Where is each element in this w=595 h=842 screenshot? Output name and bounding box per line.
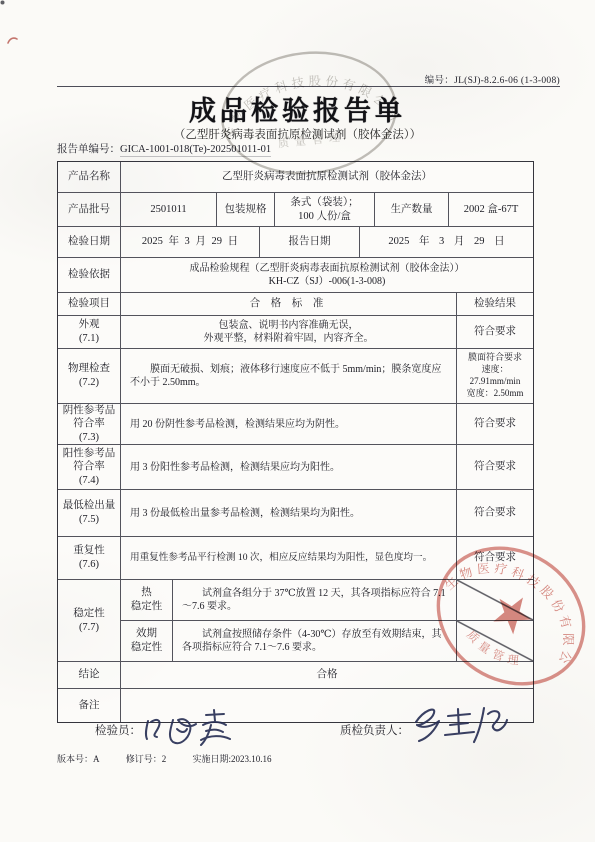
report-date-value: 2025 年 3 月 29 日: [359, 227, 533, 257]
item-standard: 膜面无破损、划痕；液体移行速度应不低于 5mm/min；膜条宽度应不小于 2.5…: [120, 349, 456, 403]
sub-item-result-crossed: [456, 621, 533, 661]
basis-label: 检验依据: [58, 258, 120, 292]
qc-manager-signature: [408, 700, 512, 756]
stability-heat-row: 热 稳定性 试剂盒各组分于 37℃放置 12 天，其各项指标应符合 7.1～7.…: [120, 580, 533, 620]
header-rule: [57, 86, 560, 87]
version-no: 版本号：A: [57, 754, 100, 764]
inspection-table: 产品名称 乙型肝炎病毒表面抗原检测试剂（胶体金法） 产品批号 2501011 包…: [57, 161, 534, 723]
table-row-negative-ref: 阴性参考品 符合率 (7.3) 用 20 份阴性参考品检测，检测结果应均为阴性。…: [58, 403, 533, 444]
pack-spec-label: 包装规格: [216, 193, 274, 226]
red-pen-mark-icon: [6, 34, 20, 48]
col-header-standard: 合 格 标 准: [120, 293, 456, 315]
col-header-item: 检验项目: [58, 293, 120, 315]
item-standard: 用 20 份阴性参考品检测，检测结果应均为阴性。: [120, 404, 456, 444]
document-number-label: 编号：: [425, 76, 454, 86]
remark-label: 备注: [58, 689, 120, 722]
table-row: 产品名称 乙型肝炎病毒表面抗原检测试剂（胶体金法）: [58, 162, 533, 192]
item-name: 稳定性 (7.7): [58, 580, 120, 661]
item-result: 符合要求: [456, 537, 533, 579]
batch-value: 2501011: [120, 193, 216, 226]
item-result: 符合要求: [456, 490, 533, 536]
report-number-value: GICA-1001-018(Te)-202501011-01: [120, 144, 271, 157]
conclusion-value: 合格: [120, 662, 533, 688]
version-line: 版本号：A 修订号：2 实施日期:2023.10.16: [57, 752, 296, 765]
document-number: 编号：JL(SJ)-8.2.6-06 (1-3-008): [425, 72, 560, 86]
table-row-repeatability: 重复性 (7.6) 用重复性参考品平行检测 10 次，相应反应结果均为阳性，显色…: [58, 536, 533, 579]
item-name: 最低检出量 (7.5): [58, 490, 120, 536]
report-number: 报告单编号：GICA-1001-018(Te)-202501011-01: [57, 141, 271, 156]
report-number-label: 报告单编号：: [57, 144, 120, 155]
quantity-label: 生产数量: [374, 193, 448, 226]
table-row: 产品批号 2501011 包装规格 条式（袋装）； 100 人份/盒 生产数量 …: [58, 192, 533, 226]
pack-spec-value: 条式（袋装）； 100 人份/盒: [274, 193, 374, 226]
item-result: 符合要求: [456, 445, 533, 489]
document-number-value: JL(SJ)-8.2.6-06 (1-3-008): [454, 76, 560, 86]
conclusion-label: 结论: [58, 662, 120, 688]
table-row-stability: 稳定性 (7.7) 热 稳定性 试剂盒各组分于 37℃放置 12 天，其各项指标…: [58, 579, 533, 661]
sub-item-name: 热 稳定性: [120, 580, 172, 620]
product-name-label: 产品名称: [58, 162, 120, 192]
stability-subrows: 热 稳定性 试剂盒各组分于 37℃放置 12 天，其各项指标应符合 7.1～7.…: [120, 580, 533, 661]
table-row-conclusion: 结论 合格: [58, 661, 533, 688]
revision-no: 修订号：2: [126, 754, 167, 764]
table-row-physical: 物理检查 (7.2) 膜面无破损、划痕；液体移行速度应不低于 5mm/min；膜…: [58, 348, 533, 403]
page-subtitle: （乙型肝炎病毒表面抗原检测试剂（胶体金法））: [0, 126, 595, 142]
sub-item-standard: 试剂盒各组分于 37℃放置 12 天，其各项指标应符合 7.1～7.6 要求。: [172, 580, 456, 620]
item-name: 阴性参考品 符合率 (7.3): [58, 404, 120, 444]
implementation-date: 实施日期:2023.10.16: [193, 754, 272, 764]
qc-manager-label: 质检负责人：: [340, 722, 409, 738]
table-row-lod: 最低检出量 (7.5) 用 3 份最低检出量参考品检测，检测结果均为阳性。 符合…: [58, 489, 533, 536]
test-date-value: 2025 年 3 月 29 日: [120, 227, 259, 257]
item-result: 符合要求: [456, 316, 533, 348]
item-standard: 用 3 份阳性参考品检测，检测结果应均为阳性。: [120, 445, 456, 489]
item-name: 重复性 (7.6): [58, 537, 120, 579]
item-name: 物理检查 (7.2): [58, 349, 120, 403]
inspector-signature: [140, 705, 252, 753]
sub-item-result-crossed: [456, 580, 533, 620]
table-row-positive-ref: 阳性参考品 符合率 (7.4) 用 3 份阳性参考品检测，检测结果应均为阳性。 …: [58, 444, 533, 489]
item-name: 外观 (7.1): [58, 316, 120, 348]
scanned-report-page: 编号：JL(SJ)-8.2.6-06 (1-3-008) 成品检验报告单 （乙型…: [0, 0, 595, 842]
item-standard: 用 3 份最低检出量参考品检测，检测结果均为阳性。: [120, 490, 456, 536]
stability-expiry-row: 效期 稳定性 试剂盒按照储存条件（4-30℃）存放至有效期结束，其各项指标应符合…: [120, 620, 533, 661]
table-row: 检验依据 成品检验规程（乙型肝炎病毒表面抗原检测试剂（胶体金法）） KH-CZ（…: [58, 257, 533, 292]
scan-corner-speck-icon: [0, 0, 8, 8]
test-date-label: 检验日期: [58, 227, 120, 257]
item-result: 膜面符合要求 速度： 27.91mm/min 宽度：2.50mm: [456, 349, 533, 403]
col-header-result: 检验结果: [456, 293, 533, 315]
item-standard: 用重复性参考品平行检测 10 次，相应反应结果均为阳性，显色度均一。: [120, 537, 456, 579]
item-result: 符合要求: [456, 404, 533, 444]
item-name: 阳性参考品 符合率 (7.4): [58, 445, 120, 489]
table-header-row: 检验项目 合 格 标 准 检验结果: [58, 292, 533, 315]
sub-item-standard: 试剂盒按照储存条件（4-30℃）存放至有效期结束，其各项指标应符合 7.1～7.…: [172, 621, 456, 661]
batch-label: 产品批号: [58, 193, 120, 226]
quantity-value: 2002 盒-67T: [448, 193, 533, 226]
table-row-appearance: 外观 (7.1) 包装盒、说明书内容准确无误， 外观平整，材料附着牢固，内容齐全…: [58, 315, 533, 348]
sub-item-name: 效期 稳定性: [120, 621, 172, 661]
basis-value: 成品检验规程（乙型肝炎病毒表面抗原检测试剂（胶体金法）） KH-CZ（SJ）-0…: [120, 258, 533, 292]
product-name-value: 乙型肝炎病毒表面抗原检测试剂（胶体金法）: [120, 162, 533, 192]
table-row: 检验日期 2025 年 3 月 29 日 报告日期 2025 年 3 月 29 …: [58, 226, 533, 257]
inspector-label: 检验员：: [95, 722, 141, 738]
item-standard: 包装盒、说明书内容准确无误， 外观平整，材料附着牢固，内容齐全。: [120, 316, 456, 348]
page-title: 成品检验报告单: [0, 89, 595, 128]
report-date-label: 报告日期: [259, 227, 359, 257]
